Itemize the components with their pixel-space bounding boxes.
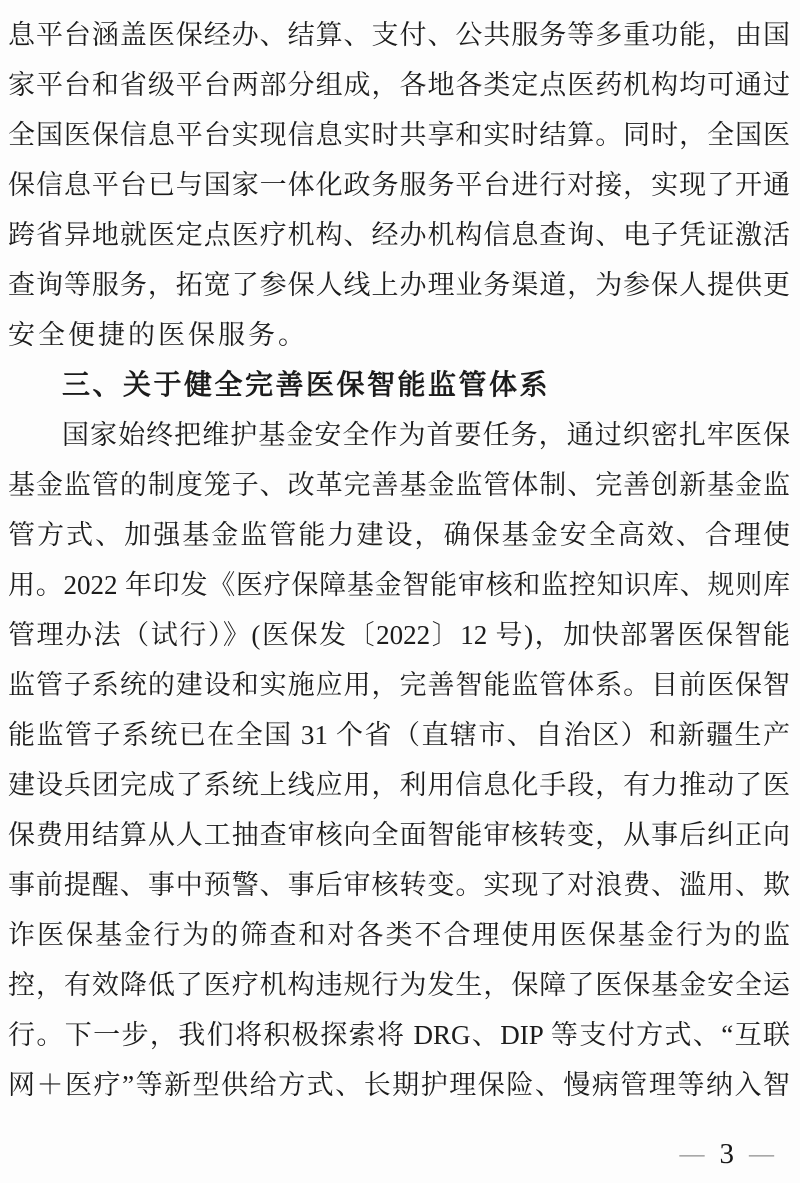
body-line: 家平台和省级平台两部分组成，各地各类定点医药机构均可通过 xyxy=(8,60,790,110)
body-line: 用。2022 年印发《医疗保障基金智能审核和监控知识库、规则库 xyxy=(8,560,790,610)
body-line: 建设兵团完成了系统上线应用，利用信息化手段，有力推动了医 xyxy=(8,760,790,810)
page-number-dash-right: — xyxy=(749,1142,774,1167)
page-number: 3 xyxy=(720,1140,735,1169)
body-line: 保信息平台已与国家一体化政务服务平台进行对接，实现了开通 xyxy=(8,160,790,210)
body-line: 行。下一步，我们将积极探索将 DRG、DIP 等支付方式、“互联 xyxy=(8,1010,790,1060)
body-line: 监管子系统的建设和实施应用，完善智能监管体系。目前医保智 xyxy=(8,660,790,710)
section-heading: 三、关于健全完善医保智能监管体系 xyxy=(8,360,790,410)
page-footer: — 3 — xyxy=(680,1140,775,1169)
body-line: 控，有效降低了医疗机构违规行为发生，保障了医保基金安全运 xyxy=(8,960,790,1010)
document-page: 息平台涵盖医保经办、结算、支付、公共服务等多重功能，由国 家平台和省级平台两部分… xyxy=(0,0,800,1183)
body-line: 基金监管的制度笼子、改革完善基金监管体制、完善创新基金监 xyxy=(8,460,790,510)
body-line: 诈医保基金行为的筛查和对各类不合理使用医保基金行为的监 xyxy=(8,910,790,960)
body-line: 安全便捷的医保服务。 xyxy=(8,310,790,360)
body-line: 国家始终把维护基金安全作为首要任务，通过织密扎牢医保 xyxy=(8,410,790,460)
body-line: 网＋医疗”等新型供给方式、长期护理保险、慢病管理等纳入智 xyxy=(8,1060,790,1110)
body-line: 查询等服务，拓宽了参保人线上办理业务渠道，为参保人提供更 xyxy=(8,260,790,310)
body-line: 跨省异地就医定点医疗机构、经办机构信息查询、电子凭证激活 xyxy=(8,210,790,260)
body-line: 管方式、加强基金监管能力建设，确保基金安全高效、合理使 xyxy=(8,510,790,560)
body-line: 事前提醒、事中预警、事后审核转变。实现了对浪费、滥用、欺 xyxy=(8,860,790,910)
body-line: 管理办法（试行）》(医保发〔2022〕12 号)，加快部署医保智能 xyxy=(8,610,790,660)
page-number-dash-left: — xyxy=(680,1142,705,1167)
body-line: 全国医保信息平台实现信息实时共享和实时结算。同时，全国医 xyxy=(8,110,790,160)
document-content: 息平台涵盖医保经办、结算、支付、公共服务等多重功能，由国 家平台和省级平台两部分… xyxy=(8,10,790,1110)
body-line: 能监管子系统已在全国 31 个省（直辖市、自治区）和新疆生产 xyxy=(8,710,790,760)
body-line: 保费用结算从人工抽查审核向全面智能审核转变，从事后纠正向 xyxy=(8,810,790,860)
body-line: 息平台涵盖医保经办、结算、支付、公共服务等多重功能，由国 xyxy=(8,10,790,60)
